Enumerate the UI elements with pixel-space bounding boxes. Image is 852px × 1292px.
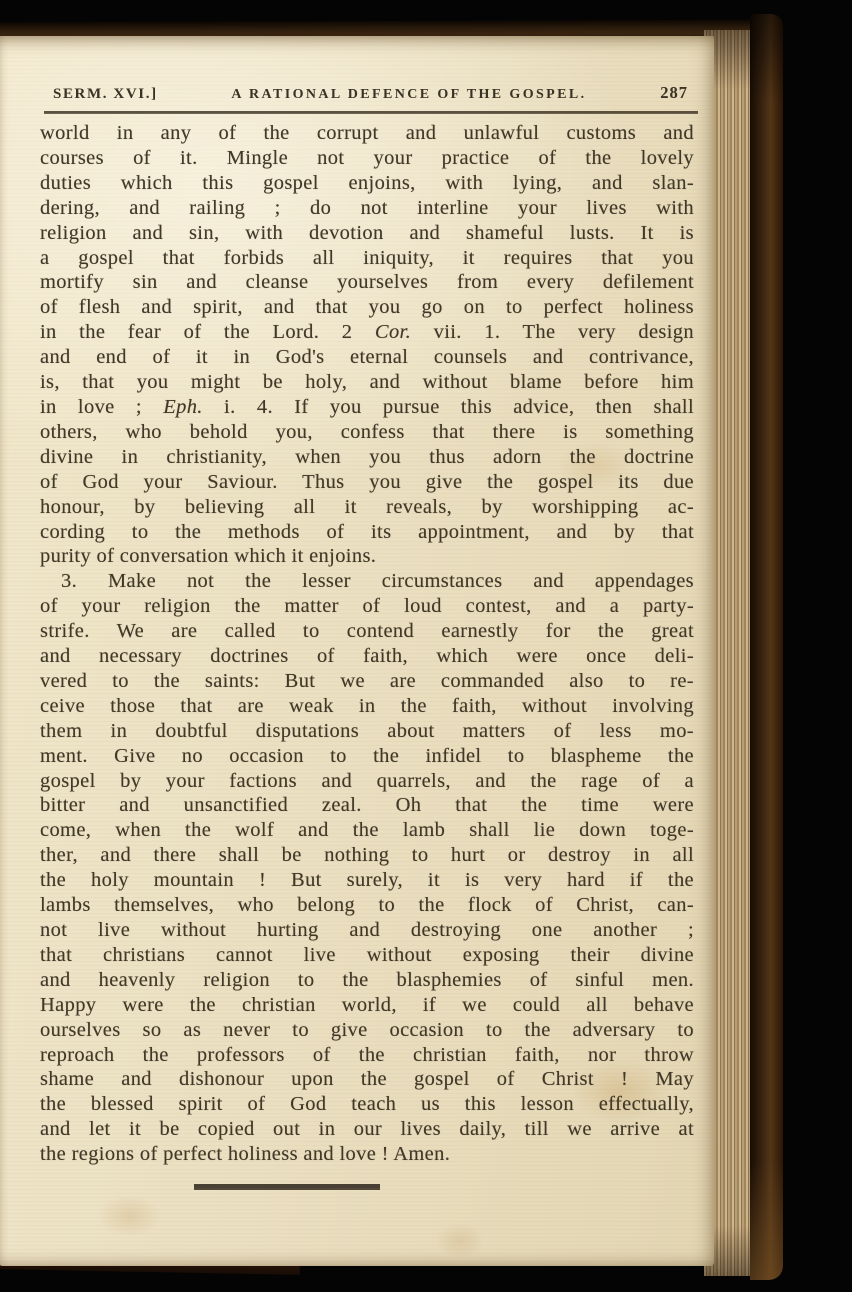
body-line: and end of it in God's eternal counsels … — [40, 345, 694, 370]
body-line: them in doubtful disputations about matt… — [40, 719, 694, 744]
body-line: that christians cannot live without expo… — [40, 943, 694, 968]
body-line: and let it be copied out in our lives da… — [40, 1117, 694, 1142]
body-line: a gospel that forbids all iniquity, it r… — [40, 246, 694, 271]
body-line: strife. We are called to contend earnest… — [40, 619, 694, 644]
body-line: the holy mountain ! But surely, it is ve… — [40, 868, 694, 893]
body-line: lambs themselves, who belong to the floc… — [40, 893, 694, 918]
body-line: the blessed spirit of God teach us this … — [40, 1092, 694, 1117]
body-line: and necessary doctrines of faith, which … — [40, 644, 694, 669]
body-line: in love ; Eph. i. 4. If you pursue this … — [40, 395, 694, 420]
body-line: divine in christianity, when you thus ad… — [40, 445, 694, 470]
header-rule — [44, 111, 698, 114]
body-line: not live without hurting and destroying … — [40, 918, 694, 943]
section-end-ornament — [194, 1184, 380, 1190]
body-line: ceive those that are weak in the faith, … — [40, 694, 694, 719]
body-line: of your religion the matter of loud cont… — [40, 594, 694, 619]
body-line: and heavenly religion to the blasphemies… — [40, 968, 694, 993]
body-line: world in any of the corrupt and unlawful… — [40, 121, 694, 146]
body-line: honour, by believing all it reveals, by … — [40, 495, 694, 520]
body-line: religion and sin, with devotion and sham… — [40, 221, 694, 246]
body-line: of God your Saviour. Thus you give the g… — [40, 470, 694, 495]
scripture-reference: Cor. — [375, 321, 411, 343]
running-head: SERM. XVI.] A RATIONAL DEFENCE OF THE GO… — [0, 36, 714, 103]
body-line: is, that you might be holy, and without … — [40, 370, 694, 395]
body-line: ourselves so as never to give occasion t… — [40, 1018, 694, 1043]
book-page: SERM. XVI.] A RATIONAL DEFENCE OF THE GO… — [0, 36, 714, 1266]
body-line: ment. Give no occasion to the infidel to… — [40, 744, 694, 769]
body-line: duties which this gospel enjoins, with l… — [40, 171, 694, 196]
page-number: 287 — [660, 83, 688, 103]
book-cover-spine — [750, 14, 783, 1280]
body-line: of flesh and spirit, and that you go on … — [40, 295, 694, 320]
body-line: mortify sin and cleanse yourselves from … — [40, 270, 694, 295]
body-line: vered to the saints: But we are commande… — [40, 669, 694, 694]
body-line: shame and dishonour upon the gospel of C… — [40, 1067, 694, 1092]
running-head-sermon-number: SERM. XVI.] — [53, 86, 158, 103]
body-line: purity of conversation which it enjoins. — [40, 544, 694, 569]
body-line: in the fear of the Lord. 2 Cor. vii. 1. … — [40, 320, 694, 345]
body-line: ther, and there shall be nothing to hurt… — [40, 843, 694, 868]
body-line: the regions of perfect holiness and love… — [40, 1142, 694, 1167]
body-line: reproach the professors of the christian… — [40, 1043, 694, 1068]
body-line: Happy were the christian world, if we co… — [40, 993, 694, 1018]
scripture-reference: Eph. — [163, 396, 203, 418]
running-head-title: A RATIONAL DEFENCE OF THE GOSPEL. — [158, 87, 661, 103]
book-photo-scene: SERM. XVI.] A RATIONAL DEFENCE OF THE GO… — [0, 0, 852, 1292]
body-line: gospel by your factions and quarrels, an… — [40, 769, 694, 794]
body-text: world in any of the corrupt and unlawful… — [40, 121, 694, 1167]
body-line: come, when the wolf and the lamb shall l… — [40, 818, 694, 843]
body-line: courses of it. Mingle not your practice … — [40, 146, 694, 171]
body-line: dering, and railing ; do not interline y… — [40, 196, 694, 221]
body-line: cording to the methods of its appointmen… — [40, 520, 694, 545]
body-line: bitter and unsanctified zeal. Oh that th… — [40, 793, 694, 818]
body-line: others, who behold you, confess that the… — [40, 420, 694, 445]
body-line: 3. Make not the lesser circumstances and… — [40, 569, 694, 594]
